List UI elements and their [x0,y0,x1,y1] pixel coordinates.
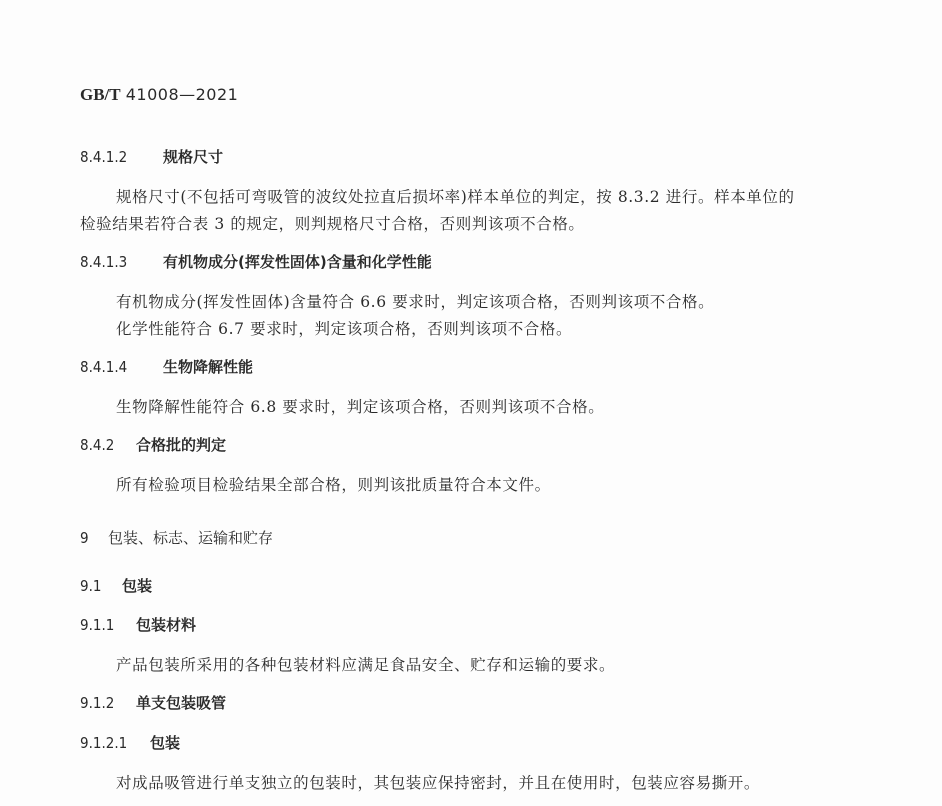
paragraph: 有机物成分(挥发性固体)含量符合 6.6 要求时，判定该项合格，否则判该项不合格… [116,290,714,312]
section-heading-9-1-2-1: 9.1.2.1包装 [80,732,180,753]
standard-prefix: GB/T [80,85,121,104]
section-number: 9.1 [80,577,122,595]
section-heading-8-4-1-3: 8.4.1.3有机物成分(挥发性固体)含量和化学性能 [80,251,432,272]
section-title: 规格尺寸 [163,148,223,166]
paragraph: 规格尺寸(不包括可弯吸管的波纹处拉直后损坏率)样本单位的判定，按 8.3.2 进… [116,185,795,207]
standard-number: GB/T 41008—2021 [80,85,238,105]
section-title: 包装材料 [136,616,196,634]
paragraph: 检验结果若符合表 3 的规定，则判规格尺寸合格，否则判该项不合格。 [80,212,585,234]
section-heading-9-1: 9.1包装 [80,575,152,596]
section-title: 合格批的判定 [136,436,226,454]
paragraph: 对成品吸管进行单支独立的包装时，其包装应保持密封，并且在使用时，包装应容易撕开。 [116,771,760,793]
section-number: 9.1.1 [80,616,136,634]
section-heading-8-4-1-4: 8.4.1.4生物降解性能 [80,356,253,377]
section-title: 包装 [122,577,152,595]
section-heading-8-4-1-2: 8.4.1.2规格尺寸 [80,146,223,167]
section-number: 9 [80,529,108,547]
section-number: 9.1.2 [80,694,136,712]
section-number: 9.1.2.1 [80,734,150,752]
paragraph: 生物降解性能符合 6.8 要求时，判定该项合格，否则判该项不合格。 [116,395,604,417]
paragraph: 所有检验项目检验结果全部合格，则判该批质量符合本文件。 [116,473,551,495]
section-heading-9: 9包装、标志、运输和贮存 [80,527,273,548]
section-title: 生物降解性能 [163,358,253,376]
section-number: 8.4.2 [80,436,136,454]
section-heading-9-1-1: 9.1.1包装材料 [80,614,196,635]
section-number: 8.4.1.2 [80,148,163,166]
section-heading-9-1-2: 9.1.2单支包装吸管 [80,692,226,713]
section-title: 有机物成分(挥发性固体)含量和化学性能 [163,253,432,271]
section-heading-8-4-2: 8.4.2合格批的判定 [80,434,226,455]
paragraph: 化学性能符合 6.7 要求时，判定该项合格，否则判该项不合格。 [116,317,572,339]
paragraph: 产品包装所采用的各种包装材料应满足食品安全、贮存和运输的要求。 [116,653,615,675]
section-number: 8.4.1.3 [80,253,163,271]
section-number: 8.4.1.4 [80,358,163,376]
section-title: 单支包装吸管 [136,694,226,712]
section-title: 包装 [150,734,180,752]
section-title: 包装、标志、运输和贮存 [108,529,273,547]
standard-code: 41008—2021 [126,85,239,104]
